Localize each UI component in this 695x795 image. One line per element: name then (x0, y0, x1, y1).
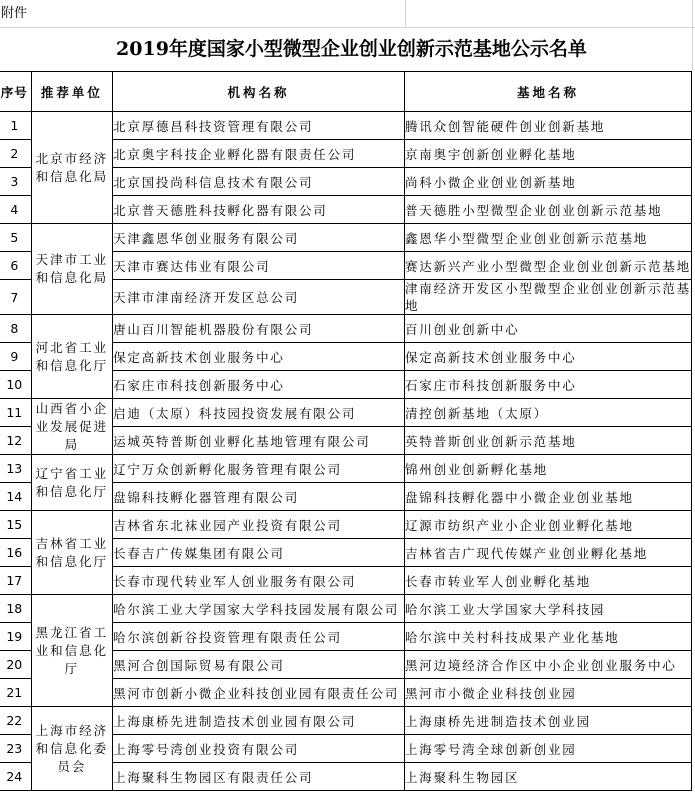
attachment-label: 附件 (1, 4, 27, 24)
cell-organization-name: 北京国投尚科信息技术有限公司 (113, 168, 405, 196)
table-row: 18黑龙江省工业和信息化厅哈尔滨工业大学国家大学科技园发展有限公司哈尔滨工业大学… (0, 595, 692, 623)
cell-no: 7 (0, 280, 31, 315)
cell-no: 21 (0, 679, 31, 707)
column-header-org: 机构名称 (113, 72, 405, 112)
cell-base-name: 辽源市纺织产业小企业创业孵化基地 (404, 511, 691, 539)
grid-line (405, 0, 406, 27)
table-row: 8河北省工业和信息化厅唐山百川智能机器股份有限公司百川创业创新中心 (0, 315, 692, 343)
cell-organization-name: 哈尔滨工业大学国家大学科技园发展有限公司 (113, 595, 405, 623)
cell-no: 17 (0, 567, 31, 595)
cell-no: 6 (0, 252, 31, 280)
column-header-no: 序号 (0, 72, 31, 112)
table-row: 13辽宁省工业和信息化厅辽宁万众创新孵化服务管理有限公司锦州创业创新孵化基地 (0, 455, 692, 483)
cell-no: 14 (0, 483, 31, 511)
cell-recommending-unit: 北京市经济和信息化局 (31, 112, 112, 224)
cell-base-name: 石家庄市科技创新服务中心 (404, 371, 691, 399)
cell-base-name: 英特普斯创业创新示范基地 (404, 427, 691, 455)
cell-base-name: 上海聚科生物园区 (404, 763, 691, 791)
cell-organization-name: 盘锦科技孵化器管理有限公司 (113, 483, 405, 511)
cell-organization-name: 天津市赛达伟业有限公司 (113, 252, 405, 280)
cell-no: 8 (0, 315, 31, 343)
cell-base-name: 哈尔滨中关村科技成果产业化基地 (404, 623, 691, 651)
cell-organization-name: 唐山百川智能机器股份有限公司 (113, 315, 405, 343)
cell-base-name: 锦州创业创新孵化基地 (404, 455, 691, 483)
cell-organization-name: 石家庄市科技创新服务中心 (113, 371, 405, 399)
cell-organization-name: 启迪（太原）科技园投资发展有限公司 (113, 399, 405, 427)
cell-base-name: 上海康桥先进制造技术创业园 (404, 707, 691, 735)
cell-base-name: 普天德胜小型微型企业创业创新示范基地 (404, 196, 691, 224)
cell-recommending-unit: 吉林省工业和信息化厅 (31, 511, 112, 595)
table-row: 1北京市经济和信息化局北京厚德昌科技资管理有限公司腾讯众创智能硬件创业创新基地 (0, 112, 692, 140)
cell-no: 20 (0, 651, 31, 679)
cell-base-name: 盘锦科技孵化器中小微企业创业基地 (404, 483, 691, 511)
cell-no: 16 (0, 539, 31, 567)
base-list-table: 序号 推荐单位 机构名称 基地名称 1北京市经济和信息化局北京厚德昌科技资管理有… (0, 71, 692, 791)
cell-no: 22 (0, 707, 31, 735)
cell-organization-name: 黑河合创国际贸易有限公司 (113, 651, 405, 679)
cell-base-name: 保定高新技术创业服务中心 (404, 343, 691, 371)
cell-base-name: 上海零号湾全球创新创业园 (404, 735, 691, 763)
cell-organization-name: 长春市现代转业军人创业服务有限公司 (113, 567, 405, 595)
cell-base-name: 长春市转业军人创业孵化基地 (404, 567, 691, 595)
cell-no: 12 (0, 427, 31, 455)
cell-recommending-unit: 辽宁省工业和信息化厅 (31, 455, 112, 511)
cell-organization-name: 北京厚德昌科技资管理有限公司 (113, 112, 405, 140)
cell-organization-name: 上海康桥先进制造技术创业园有限公司 (113, 707, 405, 735)
cell-base-name: 赛达新兴产业小型微型企业创业创新示范基地 (404, 252, 691, 280)
cell-organization-name: 黑河市创新小微企业科技创业园有限责任公司 (113, 679, 405, 707)
cell-organization-name: 北京奥宇科技企业孵化器有限责任公司 (113, 140, 405, 168)
table-body: 1北京市经济和信息化局北京厚德昌科技资管理有限公司腾讯众创智能硬件创业创新基地2… (0, 112, 692, 791)
cell-no: 1 (0, 112, 31, 140)
cell-base-name: 黑河市小微企业科技创业园 (404, 679, 691, 707)
cell-no: 4 (0, 196, 31, 224)
cell-base-name: 吉林省吉广现代传媒产业创业孵化基地 (404, 539, 691, 567)
cell-recommending-unit: 天津市工业和信息化局 (31, 224, 112, 315)
table-row: 22上海市经济和信息化委员会上海康桥先进制造技术创业园有限公司上海康桥先进制造技… (0, 707, 692, 735)
cell-organization-name: 上海聚科生物园区有限责任公司 (113, 763, 405, 791)
cell-no: 24 (0, 763, 31, 791)
cell-base-name: 津南经济开发区小型微型企业创业创新示范基地 (404, 280, 691, 315)
cell-no: 3 (0, 168, 31, 196)
cell-organization-name: 哈尔滨创新谷投资管理有限责任公司 (113, 623, 405, 651)
cell-organization-name: 吉林省东北袜业园产业投资有限公司 (113, 511, 405, 539)
cell-no: 18 (0, 595, 31, 623)
cell-recommending-unit: 山西省小企业发展促进局 (31, 399, 112, 455)
cell-recommending-unit: 河北省工业和信息化厅 (31, 315, 112, 399)
cell-base-name: 哈尔滨工业大学国家大学科技园 (404, 595, 691, 623)
table-row: 11山西省小企业发展促进局启迪（太原）科技园投资发展有限公司清控创新基地（太原） (0, 399, 692, 427)
cell-base-name: 百川创业创新中心 (404, 315, 691, 343)
cell-no: 5 (0, 224, 31, 252)
cell-recommending-unit: 上海市经济和信息化委员会 (31, 707, 112, 791)
cell-no: 23 (0, 735, 31, 763)
cell-no: 2 (0, 140, 31, 168)
cell-organization-name: 长春吉广传媒集团有限公司 (113, 539, 405, 567)
cell-organization-name: 辽宁万众创新孵化服务管理有限公司 (113, 455, 405, 483)
cell-organization-name: 运城英特普斯创业孵化基地管理有限公司 (113, 427, 405, 455)
cell-base-name: 黑河边境经济合作区中小企业创业服务中心 (404, 651, 691, 679)
cell-no: 10 (0, 371, 31, 399)
cell-base-name: 京南奥宇创新创业孵化基地 (404, 140, 691, 168)
table-row: 5天津市工业和信息化局天津鑫恩华创业服务有限公司鑫恩华小型微型企业创业创新示范基… (0, 224, 692, 252)
spreadsheet-sheet: 附件 2019年度国家小型微型企业创业创新示范基地公示名单 序号 推荐单位 机构… (0, 0, 695, 795)
cell-recommending-unit: 黑龙江省工业和信息化厅 (31, 595, 112, 707)
cell-no: 13 (0, 455, 31, 483)
cell-no: 9 (0, 343, 31, 371)
cell-organization-name: 保定高新技术创业服务中心 (113, 343, 405, 371)
table-row: 15吉林省工业和信息化厅吉林省东北袜业园产业投资有限公司辽源市纺织产业小企业创业… (0, 511, 692, 539)
cell-organization-name: 上海零号湾创业投资有限公司 (113, 735, 405, 763)
cell-base-name: 尚科小微企业创业创新基地 (404, 168, 691, 196)
column-header-unit: 推荐单位 (31, 72, 112, 112)
document-title: 2019年度国家小型微型企业创业创新示范基地公示名单 (0, 28, 695, 71)
cell-base-name: 清控创新基地（太原） (404, 399, 691, 427)
table-header-row: 序号 推荐单位 机构名称 基地名称 (0, 72, 692, 112)
cell-organization-name: 天津鑫恩华创业服务有限公司 (113, 224, 405, 252)
cell-base-name: 腾讯众创智能硬件创业创新基地 (404, 112, 691, 140)
column-header-base: 基地名称 (404, 72, 691, 112)
cell-no: 11 (0, 399, 31, 427)
cell-organization-name: 北京普天德胜科技孵化器有限公司 (113, 196, 405, 224)
cell-base-name: 鑫恩华小型微型企业创业创新示范基地 (404, 224, 691, 252)
cell-organization-name: 天津市津南经济开发区总公司 (113, 280, 405, 315)
cell-no: 15 (0, 511, 31, 539)
cell-no: 19 (0, 623, 31, 651)
